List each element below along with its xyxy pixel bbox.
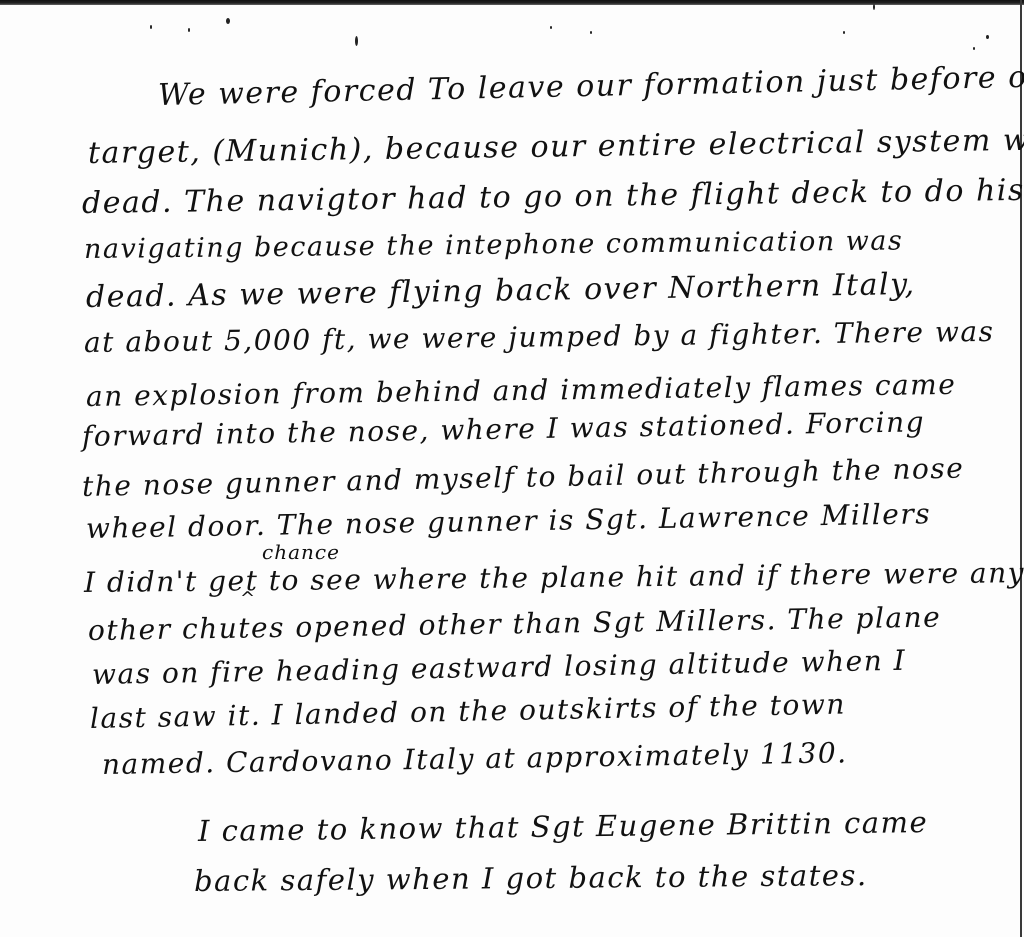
scan-speck — [873, 4, 875, 10]
scan-speck — [355, 36, 358, 46]
handwritten-line: dead. As we were flying back over Northe… — [86, 267, 916, 315]
scan-speck — [973, 47, 975, 50]
handwritten-line: last saw it. I landed on the outskirts o… — [90, 687, 846, 735]
scan-speck — [226, 18, 230, 24]
handwritten-line: named. Cardovano Italy at approximately … — [102, 736, 848, 781]
scan-speck — [188, 28, 190, 32]
scan-top-border — [0, 0, 1024, 5]
scan-speck — [150, 25, 152, 29]
handwritten-line: navigating because the intephone communi… — [84, 225, 904, 265]
handwritten-line: dead. The navigtor had to go on the flig… — [82, 173, 1024, 221]
handwritten-line: We were forced To leave our formation ju… — [158, 59, 1024, 113]
document-page: We were forced To leave our formation ju… — [0, 0, 1024, 937]
handwritten-line: I didn't get to see where the plane hit … — [84, 556, 1024, 599]
inserted-word: chance — [262, 540, 340, 564]
handwritten-line: back safely when I got back to the state… — [194, 858, 868, 898]
handwritten-line: at about 5,000 ft, we were jumped by a f… — [84, 315, 995, 359]
scan-speck — [590, 31, 592, 34]
handwritten-line: wheel door. The nose gunner is Sgt. Lawr… — [86, 497, 932, 545]
handwritten-line: was on fire heading eastward losing alti… — [92, 644, 907, 691]
handwritten-line: other chutes opened other than Sgt Mille… — [88, 601, 942, 647]
handwritten-line: target, (Munich), because our entire ele… — [88, 122, 1024, 171]
scan-speck — [843, 31, 845, 34]
handwritten-line: I came to know that Sgt Eugene Brittin c… — [198, 805, 929, 848]
handwritten-line: forward into the nose, where I was stati… — [82, 405, 926, 453]
handwritten-line: the nose gunner and myself to bail out t… — [82, 452, 965, 503]
scan-speck — [986, 35, 989, 39]
scan-speck — [550, 26, 552, 29]
